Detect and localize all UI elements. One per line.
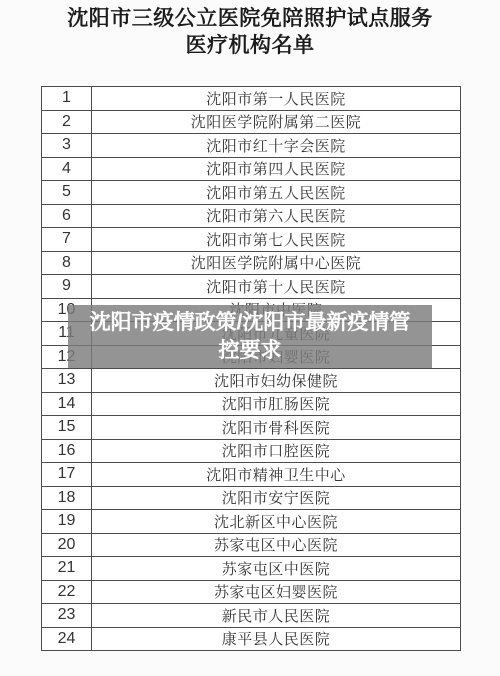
row-number-cell: 14 <box>42 392 92 416</box>
hospital-name-cell: 沈阳市红十字会医院 <box>92 134 461 158</box>
table-row: 3 沈阳市红十字会医院 <box>42 134 461 158</box>
row-number-cell: 13 <box>42 369 92 393</box>
row-number-cell: 5 <box>42 181 92 205</box>
hospital-name-cell: 沈阳市妇幼保健院 <box>92 369 461 393</box>
row-number-cell: 9 <box>42 275 92 299</box>
page-title: 沈阳市三级公立医院免陪照护试点服务 医疗机构名单 <box>0 5 500 59</box>
hospital-name-cell: 沈阳市骨科医院 <box>92 416 461 440</box>
row-number-cell: 17 <box>42 463 92 487</box>
watermark-text-line-2: 控要求 <box>219 337 282 365</box>
table-row: 24 康平县人民医院 <box>42 627 461 651</box>
row-number-cell: 19 <box>42 510 92 534</box>
row-number-cell: 8 <box>42 251 92 275</box>
table-row: 18 沈阳市安宁医院 <box>42 486 461 510</box>
hospital-name-cell: 苏家屯区中医院 <box>92 557 461 581</box>
hospital-name-cell: 沈北新区中心医院 <box>92 510 461 534</box>
hospital-name-cell: 沈阳市口腔医院 <box>92 439 461 463</box>
table-row: 14 沈阳市肛肠医院 <box>42 392 461 416</box>
hospital-name-cell: 沈阳市第四人民医院 <box>92 157 461 181</box>
hospital-name-cell: 沈阳市第七人民医院 <box>92 228 461 252</box>
table-row: 17 沈阳市精神卫生中心 <box>42 463 461 487</box>
hospital-name-cell: 沈阳医学院附属中心医院 <box>92 251 461 275</box>
row-number-cell: 23 <box>42 604 92 628</box>
hospital-name-cell: 新民市人民医院 <box>92 604 461 628</box>
hospital-name-cell: 沈阳医学院附属第二医院 <box>92 110 461 134</box>
screenshot-root: { "page": { "title_lines": [ "沈阳市三级公立医院免… <box>0 0 500 676</box>
table-row: 6 沈阳市第六人民医院 <box>42 204 461 228</box>
hospital-name-cell: 苏家屯区中心医院 <box>92 533 461 557</box>
table-row: 5 沈阳市第五人民医院 <box>42 181 461 205</box>
hospital-table: 1 沈阳市第一人民医院 2 沈阳医学院附属第二医院 3 沈阳市红十字会医院 4 … <box>41 86 461 651</box>
table-row: 20 苏家屯区中心医院 <box>42 533 461 557</box>
table-row: 8 沈阳医学院附属中心医院 <box>42 251 461 275</box>
table-row: 9 沈阳市第十人民医院 <box>42 275 461 299</box>
table-row: 16 沈阳市口腔医院 <box>42 439 461 463</box>
hospital-name-cell: 沈阳市第五人民医院 <box>92 181 461 205</box>
table-row: 23 新民市人民医院 <box>42 604 461 628</box>
table-row: 2 沈阳医学院附属第二医院 <box>42 110 461 134</box>
table-row: 1 沈阳市第一人民医院 <box>42 87 461 111</box>
table-row: 13 沈阳市妇幼保健院 <box>42 369 461 393</box>
row-number-cell: 21 <box>42 557 92 581</box>
hospital-name-cell: 沈阳市安宁医院 <box>92 486 461 510</box>
hospital-name-cell: 沈阳市精神卫生中心 <box>92 463 461 487</box>
hospital-name-cell: 沈阳市第六人民医院 <box>92 204 461 228</box>
hospital-name-cell: 沈阳市肛肠医院 <box>92 392 461 416</box>
row-number-cell: 4 <box>42 157 92 181</box>
hospital-name-cell: 沈阳市第十人民医院 <box>92 275 461 299</box>
hospital-name-cell: 康平县人民医院 <box>92 627 461 651</box>
row-number-cell: 6 <box>42 204 92 228</box>
hospital-name-cell: 沈阳市第一人民医院 <box>92 87 461 111</box>
row-number-cell: 2 <box>42 110 92 134</box>
row-number-cell: 22 <box>42 580 92 604</box>
row-number-cell: 7 <box>42 228 92 252</box>
row-number-cell: 15 <box>42 416 92 440</box>
hospital-table-body: 1 沈阳市第一人民医院 2 沈阳医学院附属第二医院 3 沈阳市红十字会医院 4 … <box>42 87 461 651</box>
table-row: 4 沈阳市第四人民医院 <box>42 157 461 181</box>
watermark-text-line-1: 沈阳市疫情政策/沈阳市最新疫情管 <box>90 309 411 337</box>
table-row: 21 苏家屯区中医院 <box>42 557 461 581</box>
row-number-cell: 1 <box>42 87 92 111</box>
page-title-line-2: 医疗机构名单 <box>0 32 500 59</box>
hospital-name-cell: 苏家屯区妇婴医院 <box>92 580 461 604</box>
row-number-cell: 20 <box>42 533 92 557</box>
table-row: 15 沈阳市骨科医院 <box>42 416 461 440</box>
table-row: 7 沈阳市第七人民医院 <box>42 228 461 252</box>
row-number-cell: 18 <box>42 486 92 510</box>
table-row: 19 沈北新区中心医院 <box>42 510 461 534</box>
row-number-cell: 3 <box>42 134 92 158</box>
page-title-line-1: 沈阳市三级公立医院免陪照护试点服务 <box>0 5 500 32</box>
table-row: 22 苏家屯区妇婴医院 <box>42 580 461 604</box>
row-number-cell: 16 <box>42 439 92 463</box>
row-number-cell: 24 <box>42 627 92 651</box>
watermark-overlay: 沈阳市疫情政策/沈阳市最新疫情管 控要求 <box>68 305 432 368</box>
